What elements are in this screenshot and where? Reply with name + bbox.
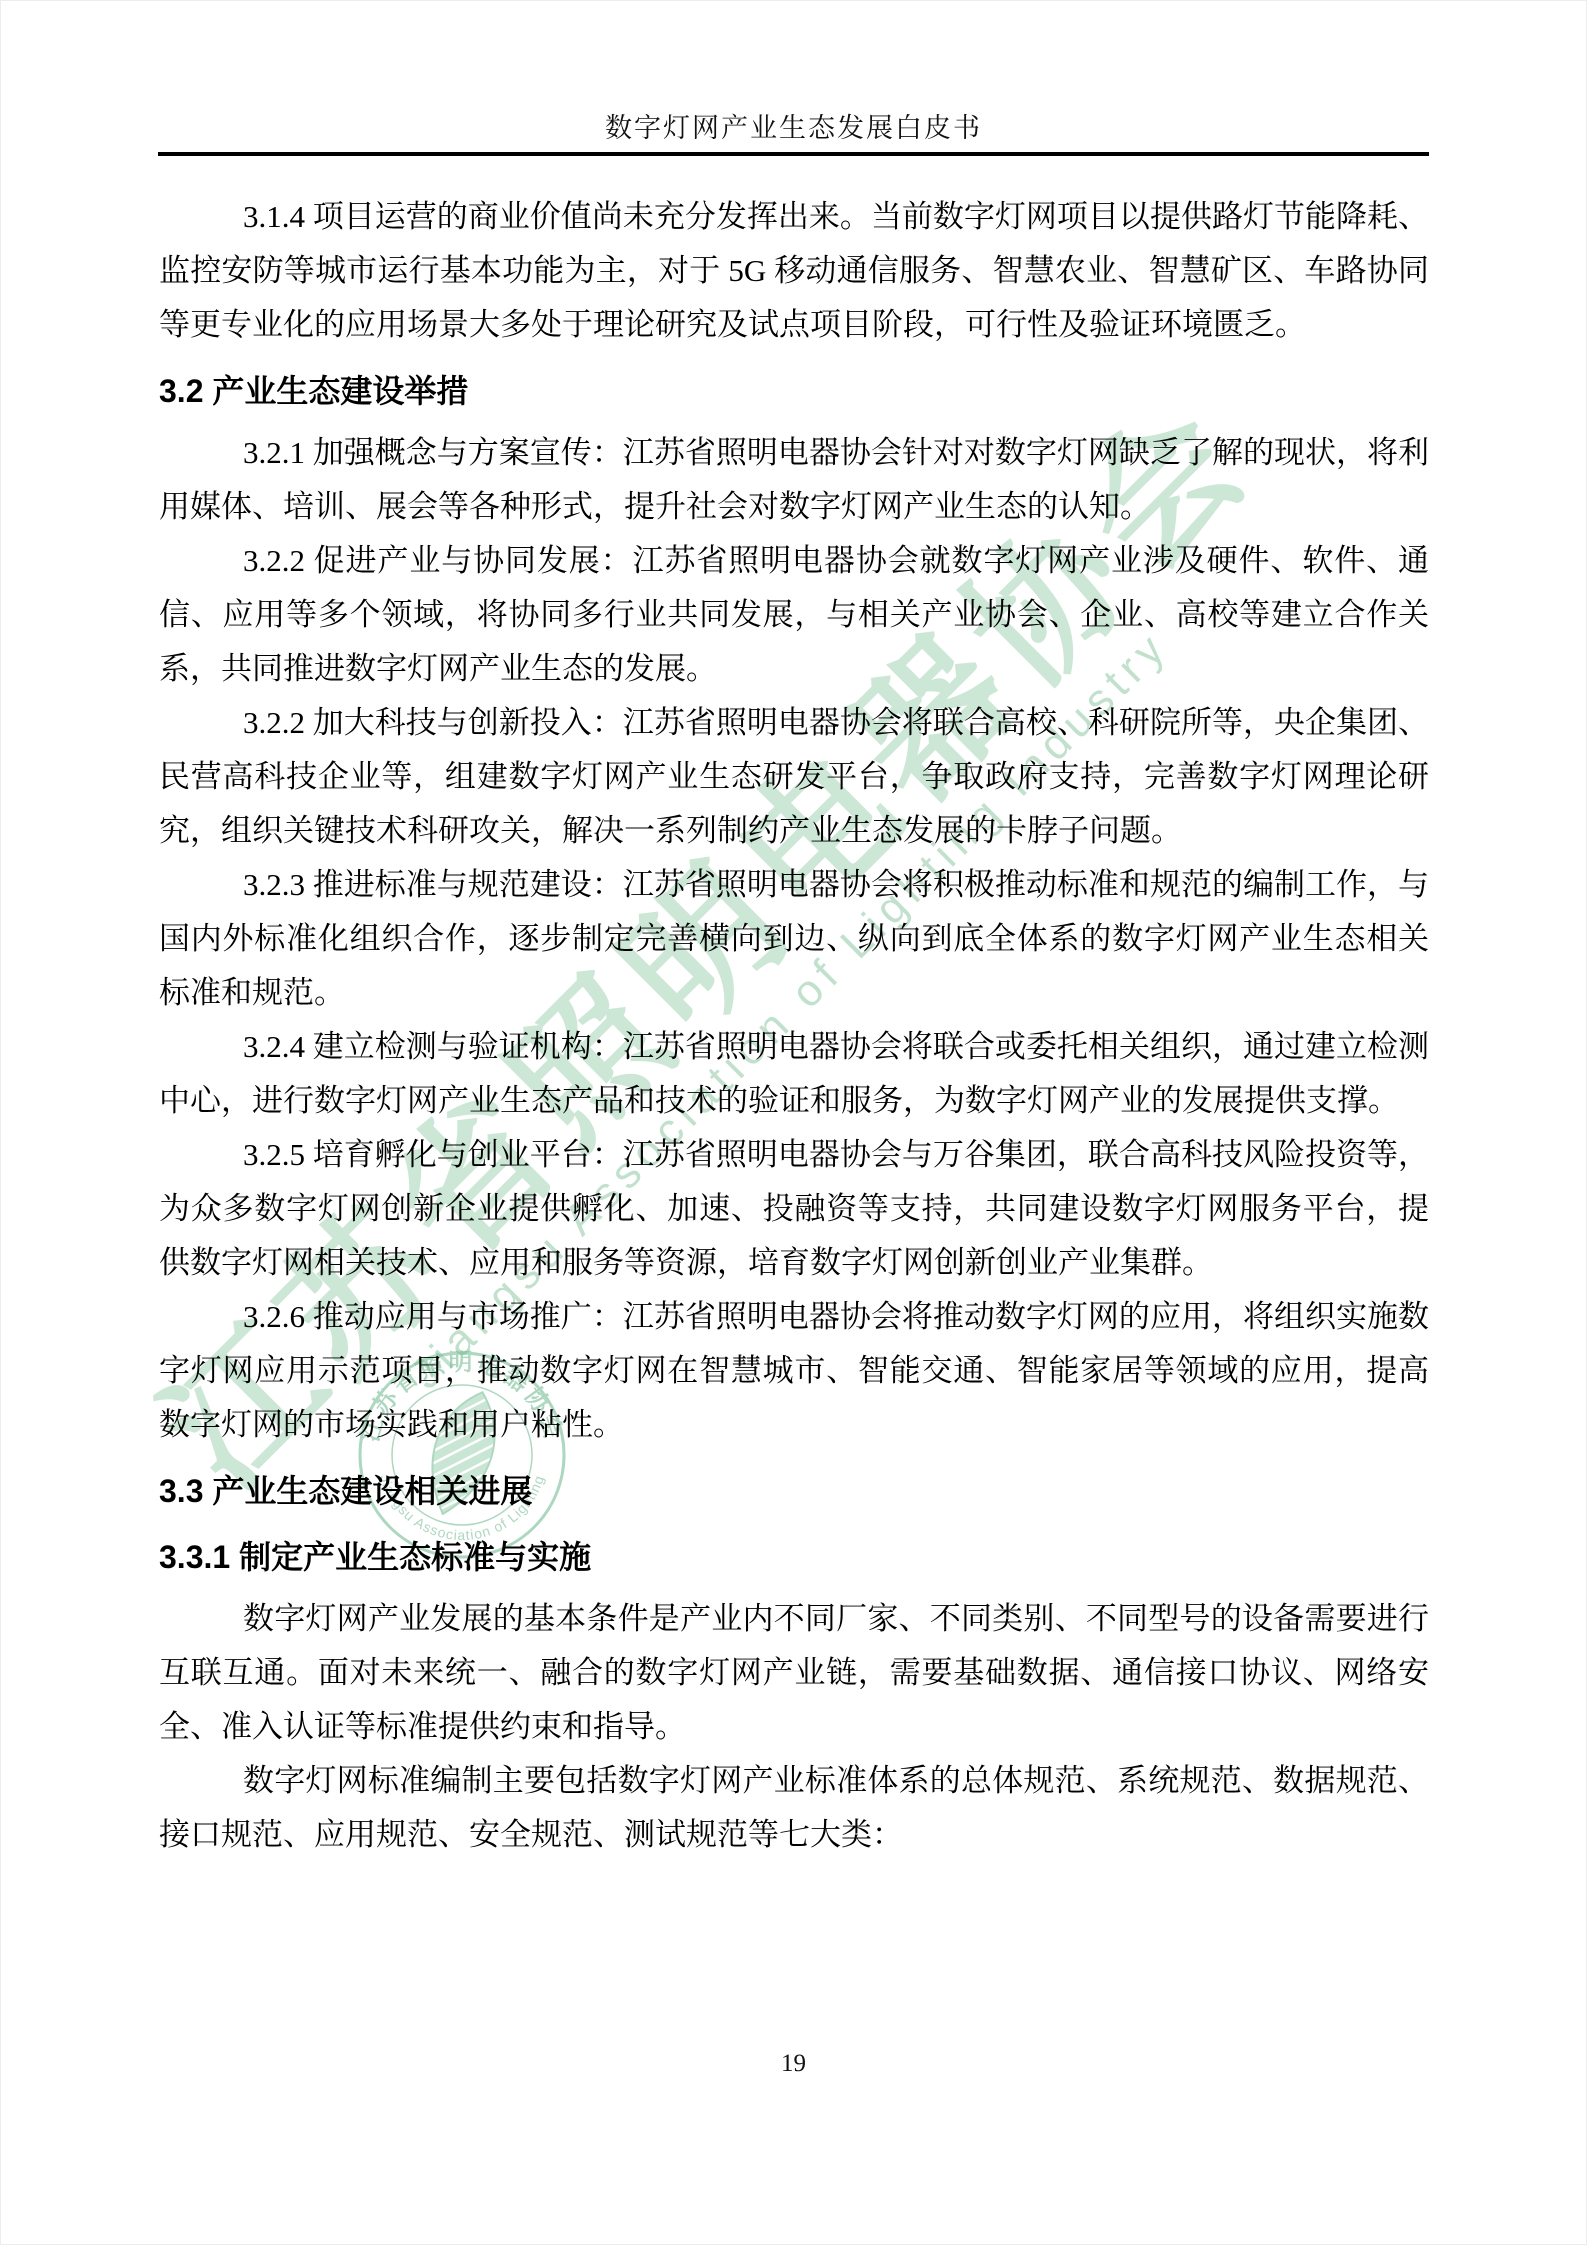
page-header: 数字灯网产业生态发展白皮书 (158, 0, 1429, 156)
paragraph-interconnect: 数字灯网产业发展的基本条件是产业内不同厂家、不同类别、不同型号的设备需要进行互联… (159, 1592, 1429, 1754)
paragraph-3-2-4: 3.2.4 建立检测与验证机构：江苏省照明电器协会将联合或委托相关组织，通过建立… (159, 1020, 1429, 1128)
paragraph-3-2-5: 3.2.5 培育孵化与创业平台：江苏省照明电器协会与万谷集团，联合高科技风险投资… (159, 1128, 1429, 1290)
paragraph-3-2-3: 3.2.3 推进标准与规范建设：江苏省照明电器协会将积极推动标准和规范的编制工作… (159, 858, 1429, 1020)
paragraph-3-1-4: 3.1.4 项目运营的商业价值尚未充分发挥出来。当前数字灯网项目以提供路灯节能降… (159, 190, 1429, 352)
header-title: 数字灯网产业生态发展白皮书 (158, 106, 1429, 145)
heading-3-2: 3.2 产业生态建设举措 (159, 364, 1429, 418)
heading-3-3-1: 3.3.1 制定产业生态标准与实施 (159, 1530, 1429, 1584)
document-page: 江苏省照明电器协会 Jiangsu Association of Lightin… (0, 0, 1587, 2245)
paragraph-3-2-2-promote: 3.2.2 促进产业与协同发展：江苏省照明电器协会就数字灯网产业涉及硬件、软件、… (159, 534, 1429, 696)
paragraph-3-2-2-invest: 3.2.2 加大科技与创新投入：江苏省照明电器协会将联合高校、科研院所等，央企集… (159, 696, 1429, 858)
paragraph-3-2-6: 3.2.6 推动应用与市场推广：江苏省照明电器协会将推动数字灯网的应用，将组织实… (159, 1290, 1429, 1452)
page-number: 19 (781, 2050, 806, 2077)
page-footer: 19 (0, 2050, 1587, 2078)
paragraph-3-2-1: 3.2.1 加强概念与方案宣传：江苏省照明电器协会针对对数字灯网缺乏了解的现状，… (159, 426, 1429, 534)
paragraph-standards: 数字灯网标准编制主要包括数字灯网产业标准体系的总体规范、系统规范、数据规范、接口… (159, 1754, 1429, 1862)
heading-3-3: 3.3 产业生态建设相关进展 (159, 1464, 1429, 1518)
document-content: 3.1.4 项目运营的商业价值尚未充分发挥出来。当前数字灯网项目以提供路灯节能降… (159, 190, 1429, 1862)
